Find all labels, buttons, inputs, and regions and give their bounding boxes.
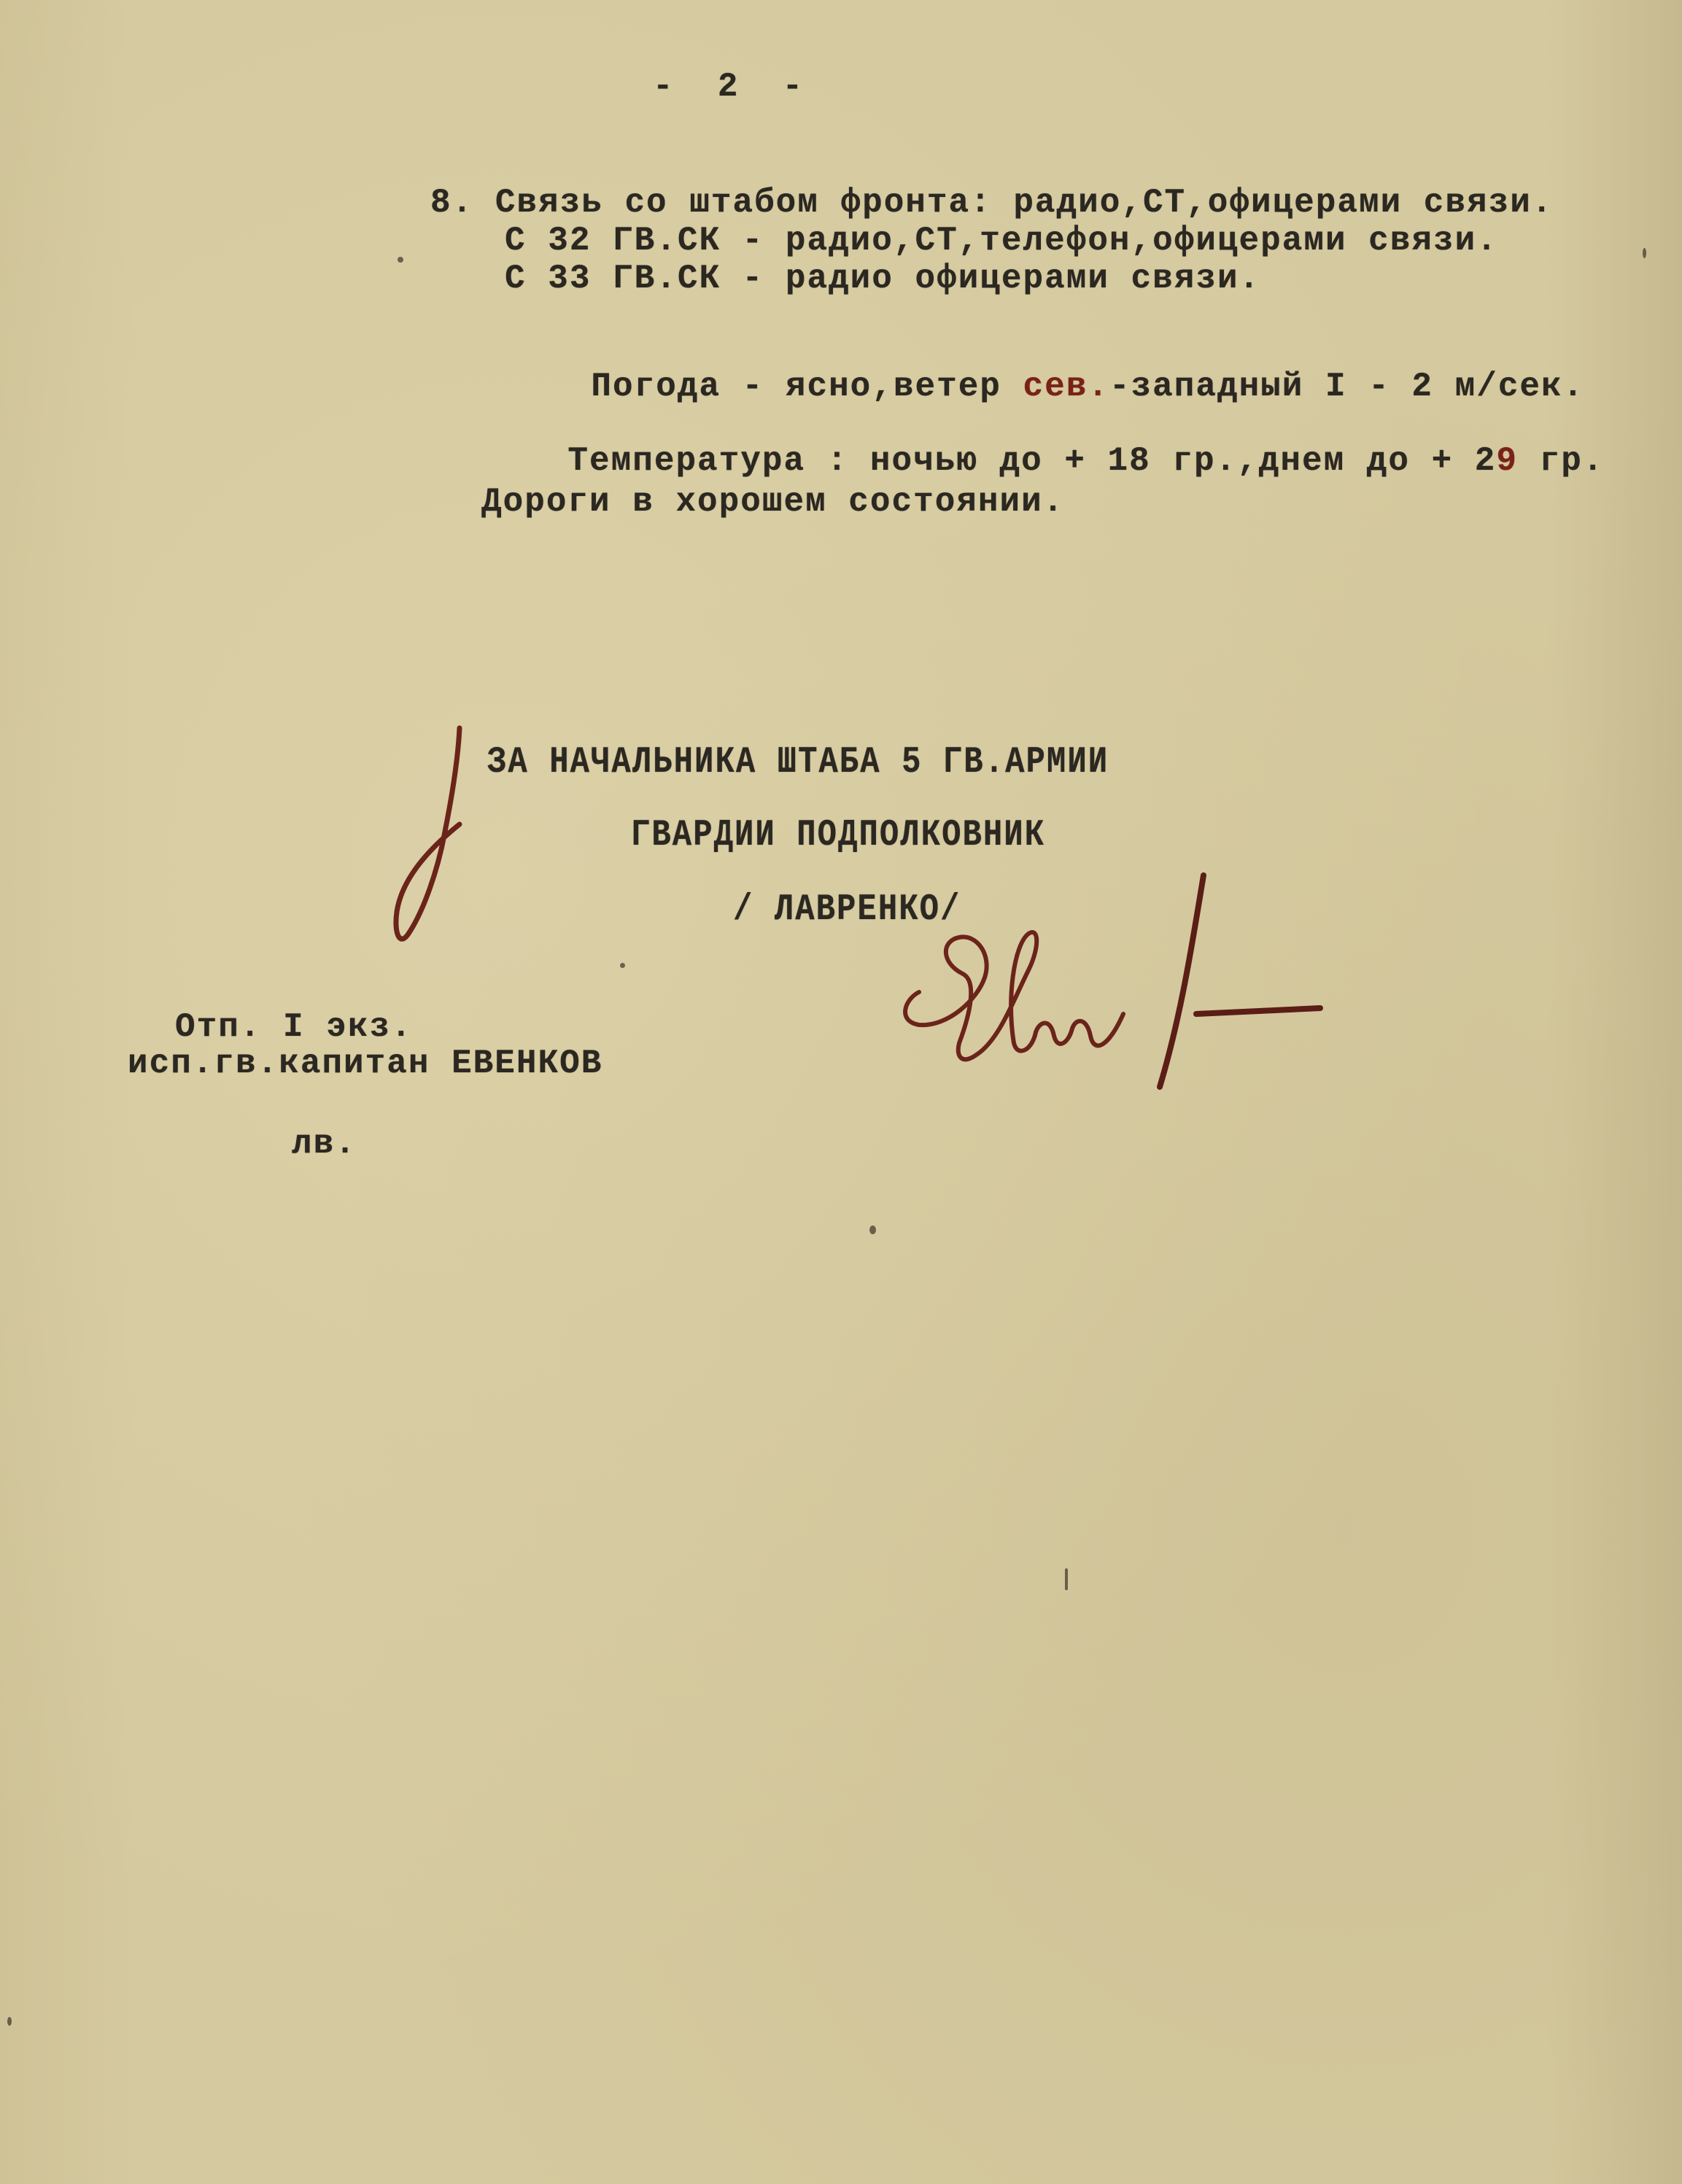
footer-executor: исп.гв.капитан ЕВЕНКОВ (128, 1047, 602, 1080)
section-8-line-2: С 32 ГВ.СК - радио,СТ,телефон,офицерами … (505, 224, 1498, 257)
section-8-line-1: 8. Связь со штабом фронта: радио,СТ,офиц… (430, 186, 1553, 220)
weather-handwritten-correction: сев. (1023, 368, 1109, 406)
footer-typist: лв. (292, 1127, 357, 1161)
paper-speck (1065, 1568, 1068, 1590)
weather-suffix: -западный I - 2 м/сек. (1109, 368, 1584, 406)
weather-prefix: Погода - ясно,ветер (591, 368, 1023, 406)
page-number: - 2 - (653, 70, 804, 104)
section-8-line-3: С 33 ГВ.СК - радио офицерами связи. (505, 262, 1260, 295)
handwritten-signature-icon (890, 853, 1342, 1101)
footer-copies: Отп. I экз. (175, 1010, 413, 1044)
signature-title-line-2: ГВАРДИИ ПОДПОЛКОВНИК (631, 817, 1045, 854)
paper-speck (1643, 248, 1646, 258)
temperature-prefix: Температура : ночью до + 18 гр.,днем до … (567, 442, 1496, 480)
document-page: - 2 - 8. Связь со штабом фронта: радио,С… (0, 0, 1682, 2184)
roads-line: Дороги в хорошем состоянии. (481, 485, 1064, 519)
temperature-suffix: гр. (1518, 442, 1604, 480)
paper-speck (7, 2017, 12, 2026)
paper-speck (398, 257, 403, 263)
signature-title-line-1: ЗА НАЧАЛЬНИКА ШТАБА 5 ГВ.АРМИИ (487, 744, 1109, 781)
paper-speck (869, 1225, 876, 1234)
handwritten-approval-mark-icon (379, 715, 496, 956)
paper-speck (620, 963, 625, 968)
temperature-handwritten-correction: 9 (1496, 442, 1518, 480)
